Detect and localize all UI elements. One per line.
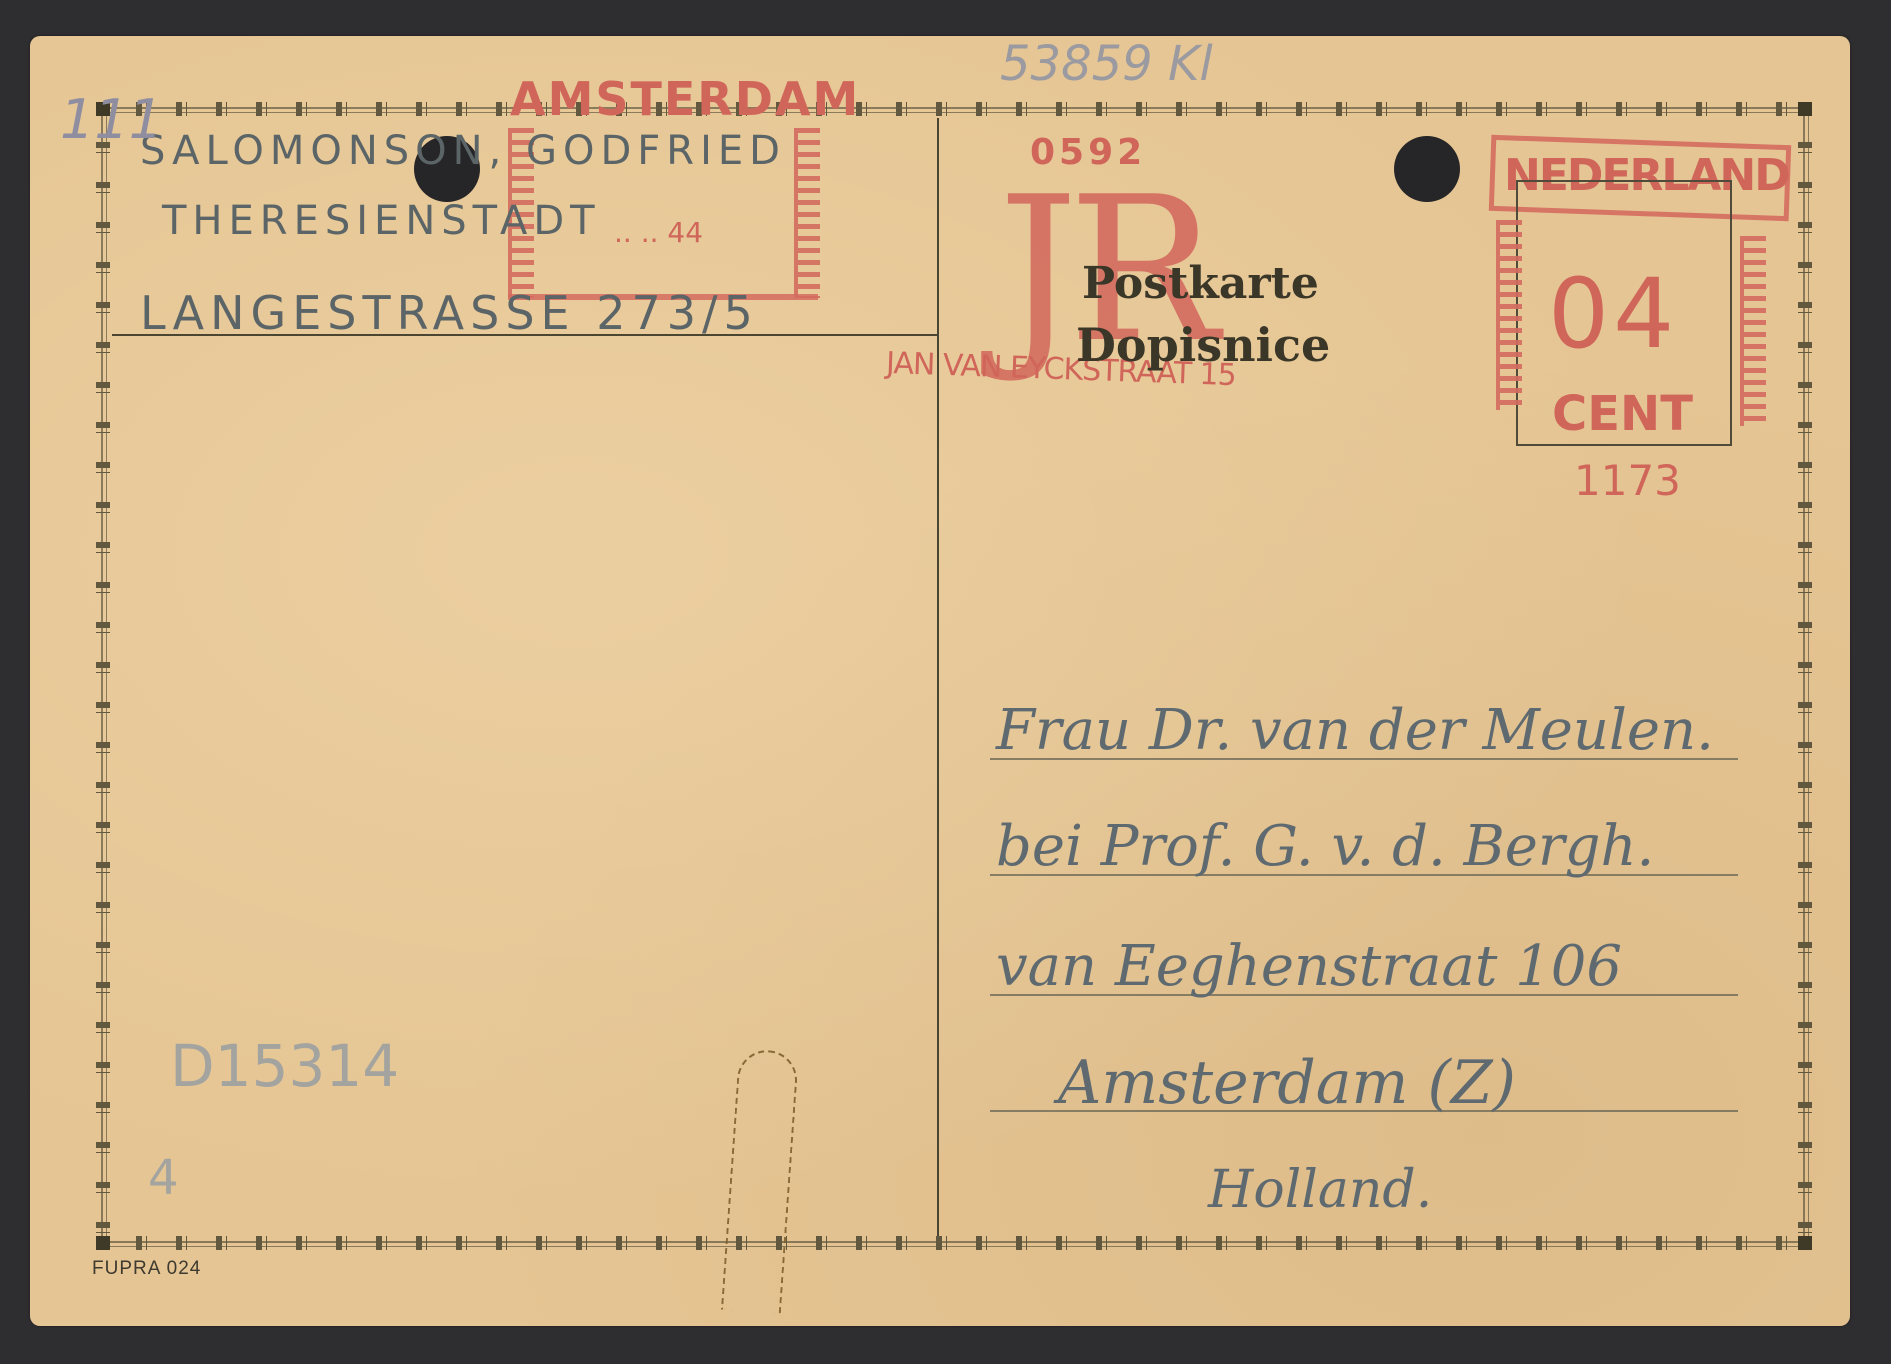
recipient-care-of: bei Prof. G. v. d. Bergh.: [996, 814, 1654, 879]
meter-number: 1173: [1574, 456, 1681, 505]
recipient-name: Frau Dr. van der Meulen.: [996, 698, 1714, 763]
frame-corner: [1798, 1236, 1812, 1250]
frame-corner: [1798, 102, 1812, 116]
meter-value: 04: [1548, 258, 1678, 370]
title-dopisnice: Dopisnice: [1076, 318, 1330, 372]
postmark-date: .. .. 44: [614, 216, 703, 249]
meter-meander-left: [1496, 220, 1522, 410]
pencil-note-top-left: 111: [60, 88, 163, 151]
recipient-street: van Eeghenstraat 106: [996, 934, 1622, 999]
center-divider: [937, 118, 939, 1236]
frame-border-right: [1798, 102, 1812, 1250]
recipient-country: Holland.: [1208, 1160, 1432, 1220]
postmark-meander-right: [794, 128, 820, 298]
meter-unit: CENT: [1552, 386, 1693, 442]
postmark-city: AMSTERDAM: [510, 72, 860, 126]
frame-border-left: [96, 102, 110, 1250]
amsterdam-postmark: AMSTERDAM .. .. 44: [504, 72, 844, 302]
meter-stamp: NEDERLAND 04 CENT 1173: [1490, 140, 1800, 500]
archive-id: D15314: [170, 1032, 399, 1100]
frame-border-top: [96, 102, 1812, 116]
postcard: AMSTERDAM .. .. 44 SALOMONSON, GODFRIED …: [30, 36, 1850, 1326]
frame-corner: [96, 1236, 110, 1250]
frame-border-bottom: [96, 1236, 1812, 1250]
pencil-note-top-center: 53859 Kl: [1000, 36, 1213, 92]
pen-mark: [721, 1048, 799, 1314]
title-postkarte: Postkarte: [1082, 258, 1319, 309]
recipient-city: Amsterdam (Z): [1058, 1048, 1516, 1118]
printer-mark: FUPRA 024: [92, 1258, 201, 1280]
sender-street: LANGESTRASSE 273/5: [140, 286, 759, 340]
sender-name: SALOMONSON, GODFRIED: [140, 128, 786, 174]
punch-hole: [1394, 136, 1460, 202]
index-number: 4: [148, 1150, 179, 1206]
meter-meander-right: [1740, 236, 1766, 426]
sender-camp: THERESIENSTADT: [162, 198, 601, 244]
